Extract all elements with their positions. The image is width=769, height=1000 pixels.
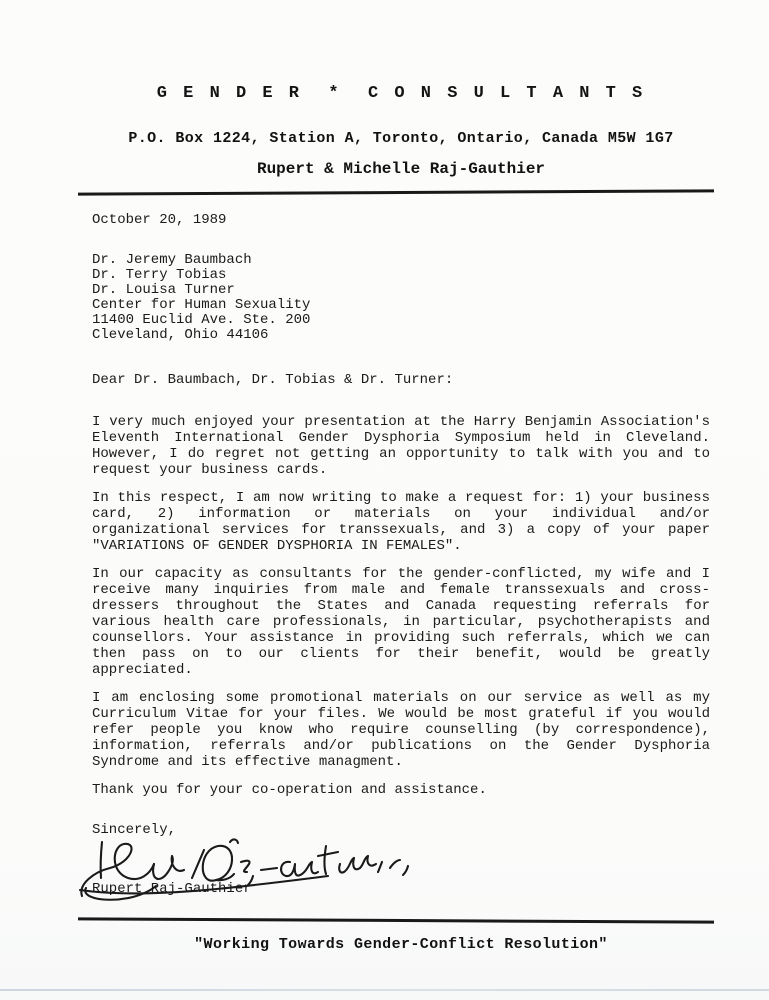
org-name: G E N D E R * C O N S U L T A N T S bbox=[92, 84, 710, 103]
paragraph-1: I very much enjoyed your presentation at… bbox=[92, 414, 710, 478]
paragraph-5: Thank you for your co-operation and assi… bbox=[92, 782, 710, 798]
letter-body: October 20, 1989 Dr. Jeremy Baumbach Dr.… bbox=[92, 212, 710, 900]
letterhead-address: P.O. Box 1224, Station A, Toronto, Ontar… bbox=[92, 130, 710, 147]
recipient-line: Cleveland, Ohio 44106 bbox=[92, 328, 710, 343]
signature-block: Rupert Raj-Gauthier bbox=[92, 840, 710, 900]
paragraph-3: In our capacity as consultants for the g… bbox=[92, 566, 710, 678]
letter-footer: "Working Towards Gender-Conflict Resolut… bbox=[92, 919, 710, 953]
footer-tagline: "Working Towards Gender-Conflict Resolut… bbox=[92, 936, 710, 953]
recipient-line: Dr. Terry Tobias bbox=[92, 268, 710, 283]
letter-date: October 20, 1989 bbox=[92, 212, 710, 228]
recipient-line: Dr. Jeremy Baumbach bbox=[92, 253, 710, 268]
paragraph-4: I am enclosing some promotional material… bbox=[92, 690, 710, 770]
recipient-address-block: Dr. Jeremy Baumbach Dr. Terry Tobias Dr.… bbox=[92, 253, 710, 343]
letterhead-contacts: Rupert & Michelle Raj-Gauthier bbox=[92, 160, 710, 178]
recipient-line: Dr. Louisa Turner bbox=[92, 283, 710, 298]
recipient-line: Center for Human Sexuality bbox=[92, 298, 710, 313]
recipient-line: 11400 Euclid Ave. Ste. 200 bbox=[92, 313, 710, 328]
handwritten-signature-icon bbox=[78, 832, 423, 904]
scan-page-edge bbox=[0, 989, 769, 991]
letterhead: G E N D E R * C O N S U L T A N T S P.O.… bbox=[92, 84, 710, 194]
letter-page: G E N D E R * C O N S U L T A N T S P.O.… bbox=[0, 0, 769, 1000]
letterhead-divider bbox=[78, 189, 714, 195]
salutation: Dear Dr. Baumbach, Dr. Tobias & Dr. Turn… bbox=[92, 372, 710, 388]
paragraph-2: In this respect, I am now writing to mak… bbox=[92, 490, 710, 554]
footer-divider bbox=[78, 917, 714, 923]
